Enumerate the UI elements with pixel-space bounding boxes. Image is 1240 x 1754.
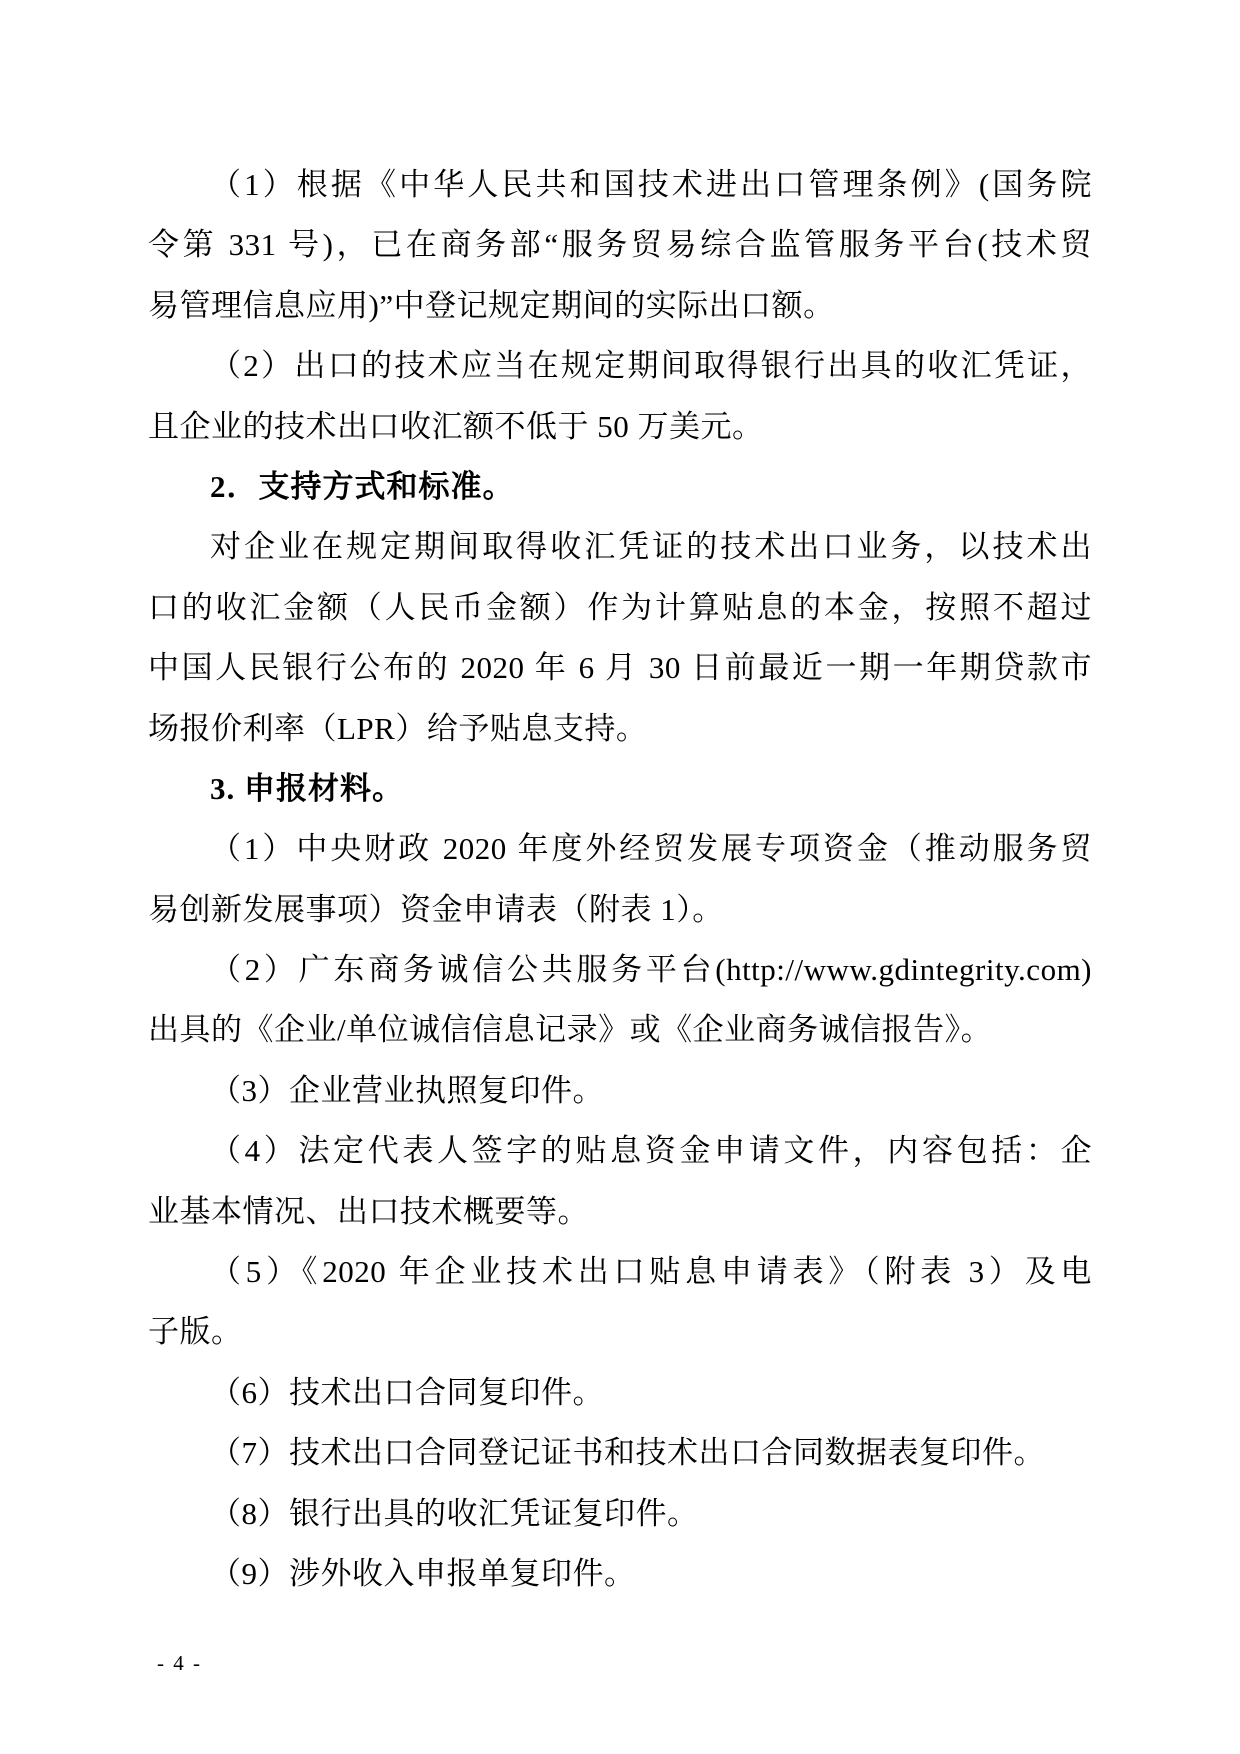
text-line: （4）法定代表人签字的贴息资金申请文件，内容包括：企	[148, 1121, 1092, 1181]
text-line: 出具的《企业/单位诚信信息记录》或《企业商务诚信报告》。	[148, 1000, 1092, 1060]
document-page: （1）根据《中华人民共和国技术进出口管理条例》(国务院令第 331 号)，已在商…	[0, 0, 1240, 1754]
text-line: 场报价利率（LPR）给予贴息支持。	[148, 699, 1092, 759]
text-line: 口的收汇金额（人民币金额）作为计算贴息的本金，按照不超过	[148, 578, 1092, 638]
text-line: （8）银行出具的收汇凭证复印件。	[148, 1484, 1092, 1544]
text-line: （7）技术出口合同登记证书和技术出口合同数据表复印件。	[148, 1423, 1092, 1483]
text-line: 对企业在规定期间取得收汇凭证的技术出口业务，以技术出	[148, 517, 1092, 577]
text-line: （3）企业营业执照复印件。	[148, 1061, 1092, 1121]
text-line: 且企业的技术出口收汇额不低于 50 万美元。	[148, 397, 1092, 457]
page-number: - 4 -	[157, 1648, 202, 1678]
text-line: 业基本情况、出口技术概要等。	[148, 1182, 1092, 1242]
text-line: （5）《2020 年企业技术出口贴息申请表》（附表 3）及电	[148, 1242, 1092, 1302]
text-line: （1）中央财政 2020 年度外经贸发展专项资金（推动服务贸	[148, 819, 1092, 879]
text-line: （2）广东商务诚信公共服务平台(http://www.gdintegrity.c…	[148, 940, 1092, 1000]
section-heading: 3. 申报材料。	[148, 759, 1092, 819]
text-line: 中国人民银行公布的 2020 年 6 月 30 日前最近一期一年期贷款市	[148, 638, 1092, 698]
text-line: （2）出口的技术应当在规定期间取得银行出具的收汇凭证，	[148, 336, 1092, 396]
text-line: （1）根据《中华人民共和国技术进出口管理条例》(国务院	[148, 155, 1092, 215]
text-line: （9）涉外收入申报单复印件。	[148, 1544, 1092, 1604]
document-body: （1）根据《中华人民共和国技术进出口管理条例》(国务院令第 331 号)，已在商…	[148, 155, 1092, 1604]
text-line: 子版。	[148, 1302, 1092, 1362]
text-line: 易创新发展事项）资金申请表（附表 1）。	[148, 880, 1092, 940]
text-line: 易管理信息应用)”中登记规定期间的实际出口额。	[148, 276, 1092, 336]
text-line: 令第 331 号)，已在商务部“服务贸易综合监管服务平台(技术贸	[148, 215, 1092, 275]
text-line: （6）技术出口合同复印件。	[148, 1363, 1092, 1423]
section-heading: 2．支持方式和标准。	[148, 457, 1092, 517]
